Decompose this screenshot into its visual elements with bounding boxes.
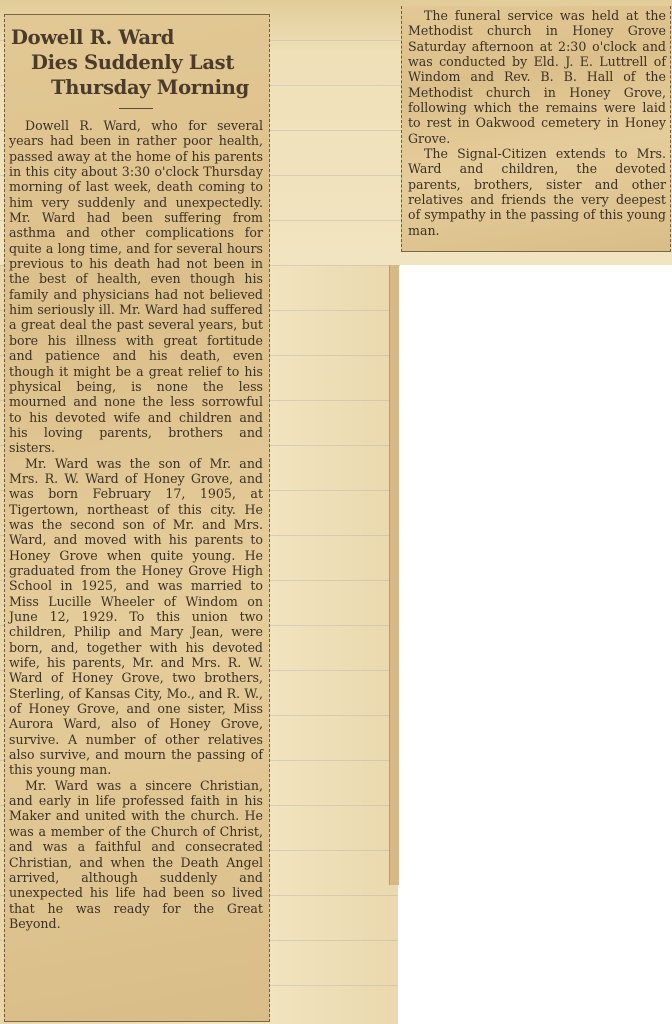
headline: Dowell R. Ward Dies Suddenly Last Thursd…	[9, 25, 263, 100]
page-edge-tab	[389, 265, 399, 885]
continuation-clipping: The funeral service was held at the Meth…	[401, 6, 671, 252]
paragraph: The Signal-Citizen extends to Mrs. Ward …	[408, 146, 666, 238]
headline-line-1: Dowell R. Ward	[9, 25, 263, 50]
continuation-body: The funeral service was held at the Meth…	[408, 8, 666, 238]
paragraph: Mr. Ward was a sincere Christian, and ea…	[9, 778, 263, 931]
blank-area	[398, 266, 672, 1024]
headline-divider	[119, 108, 153, 109]
headline-line-3: Thursday Morning	[9, 75, 263, 100]
paragraph: The funeral service was held at the Meth…	[408, 8, 666, 146]
headline-line-2: Dies Suddenly Last	[9, 50, 263, 75]
obituary-clipping: Dowell R. Ward Dies Suddenly Last Thursd…	[4, 14, 270, 1022]
obituary-body: Dowell R. Ward, who for several years ha…	[9, 118, 263, 931]
paragraph: Mr. Ward was the son of Mr. and Mrs. R. …	[9, 456, 263, 778]
paragraph: Dowell R. Ward, who for several years ha…	[9, 118, 263, 456]
